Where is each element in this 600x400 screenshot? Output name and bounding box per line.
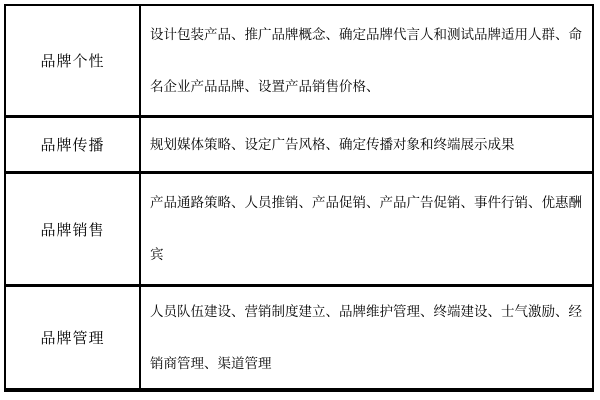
row-label-cell: 品牌个性: [6, 6, 141, 115]
row-label-cell: 品牌传播: [6, 118, 141, 171]
row-label: 品牌传播: [40, 134, 104, 155]
brand-task-table: 品牌个性 设计包装产品、推广品牌概念、确定品牌代言人和测试品牌适用人群、命名企业…: [4, 4, 594, 392]
row-tasks-text: 设计包装产品、推广品牌概念、确定品牌代言人和测试品牌适用人群、命名企业产品品牌、…: [150, 9, 588, 113]
row-tasks-text: 规划媒体策略、设定广告风格、确定传播对象和终端展示成果: [150, 119, 515, 171]
row-tasks-cell: 设计包装产品、推广品牌概念、确定品牌代言人和测试品牌适用人群、命名企业产品品牌、…: [141, 6, 592, 115]
table-row: 品牌管理 人员队伍建设、营销制度建立、品牌维护管理、终端建设、士气激励、经销商管…: [6, 287, 592, 388]
row-tasks-text: 人员队伍建设、营销制度建立、品牌维护管理、终端建设、士气激励、经销商管理、渠道管…: [150, 287, 588, 388]
row-label: 品牌销售: [40, 219, 104, 240]
row-tasks-cell: 人员队伍建设、营销制度建立、品牌维护管理、终端建设、士气激励、经销商管理、渠道管…: [141, 287, 592, 388]
row-label-cell: 品牌管理: [6, 287, 141, 388]
table-row: 品牌销售 产品通路策略、人员推销、产品促销、产品广告促销、事件行销、优惠酬宾: [6, 174, 592, 287]
row-label: 品牌个性: [40, 50, 104, 71]
document-page: 品牌个性 设计包装产品、推广品牌概念、确定品牌代言人和测试品牌适用人群、命名企业…: [0, 0, 600, 400]
row-label: 品牌管理: [40, 327, 104, 348]
row-tasks-cell: 规划媒体策略、设定广告风格、确定传播对象和终端展示成果: [141, 118, 592, 171]
table-row: 品牌传播 规划媒体策略、设定广告风格、确定传播对象和终端展示成果: [6, 118, 592, 174]
table-row: 品牌个性 设计包装产品、推广品牌概念、确定品牌代言人和测试品牌适用人群、命名企业…: [6, 6, 592, 118]
row-tasks-cell: 产品通路策略、人员推销、产品促销、产品广告促销、事件行销、优惠酬宾: [141, 174, 592, 284]
row-tasks-text: 产品通路策略、人员推销、产品促销、产品广告促销、事件行销、优惠酬宾: [150, 177, 588, 281]
row-label-cell: 品牌销售: [6, 174, 141, 284]
